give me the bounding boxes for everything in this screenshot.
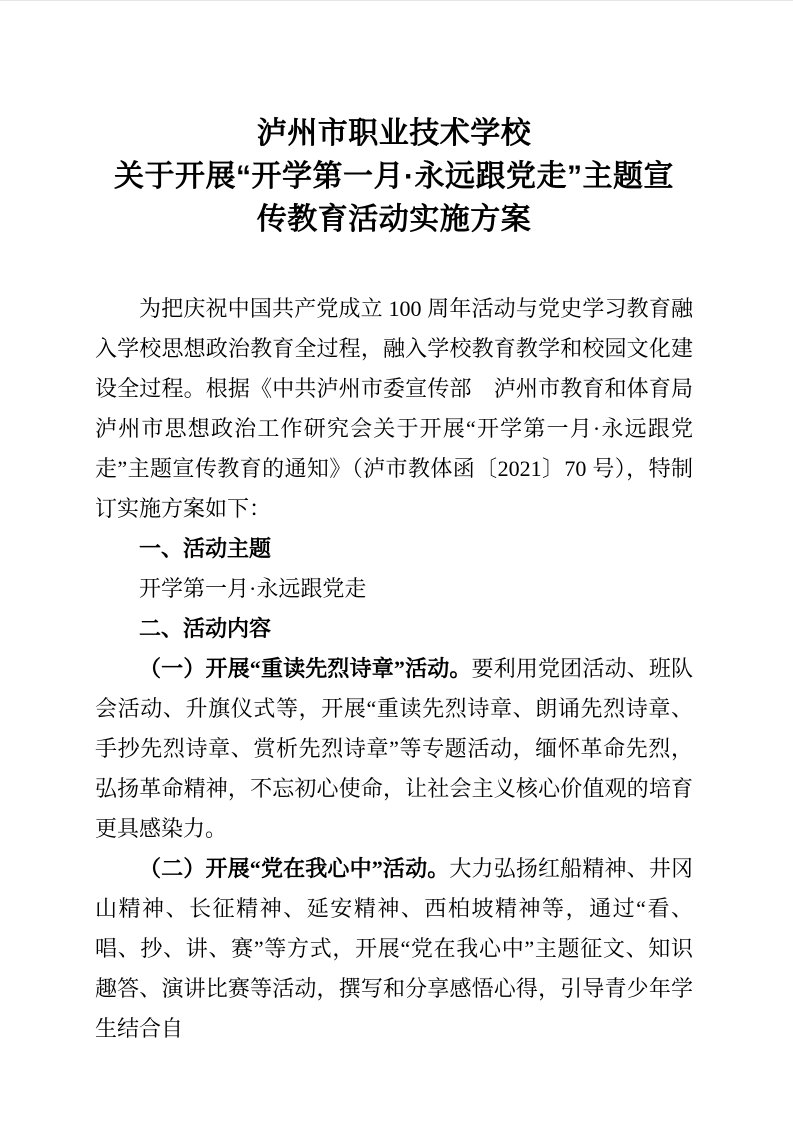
activity-item-1-body: 要利用党团活动、班队会活动、升旗仪式等，开展“重读先烈诗章、朗诵先烈诗章、手抄先… [95,656,693,841]
activity-item-2-body: 大力弘扬红船精神、井冈山精神、长征精神、延安精神、西柏坡精神等，通过“看、唱、抄… [95,856,693,1041]
title-line-3: 传教育活动实施方案 [95,198,693,241]
title-line-1: 泸州市职业技术学校 [95,112,693,155]
section-heading-activity-theme: 一、活动主题 [95,529,693,569]
document-title: 泸州市职业技术学校 关于开展“开学第一月·永远跟党走”主题宣 传教育活动实施方案 [95,112,693,241]
activity-item-1: （一）开展“重读先烈诗章”活动。要利用党团活动、班队会活动、升旗仪式等，开展“重… [95,649,693,849]
document-page: 泸州市职业技术学校 关于开展“开学第一月·永远跟党走”主题宣 传教育活动实施方案… [0,0,793,1122]
activity-theme-text: 开学第一月·永远跟党走 [95,569,693,609]
activity-item-1-lead: （一）开展“重读先烈诗章”活动。 [139,656,472,681]
intro-paragraph: 为把庆祝中国共产党成立 100 周年活动与党史学习教育融入学校思想政治教育全过程… [95,289,693,529]
section-heading-activity-content: 二、活动内容 [95,609,693,649]
activity-item-2-lead: （二）开展“党在我心中”活动。 [139,856,449,881]
title-line-2: 关于开展“开学第一月·永远跟党走”主题宣 [95,155,693,198]
activity-item-2: （二）开展“党在我心中”活动。大力弘扬红船精神、井冈山精神、长征精神、延安精神、… [95,849,693,1049]
